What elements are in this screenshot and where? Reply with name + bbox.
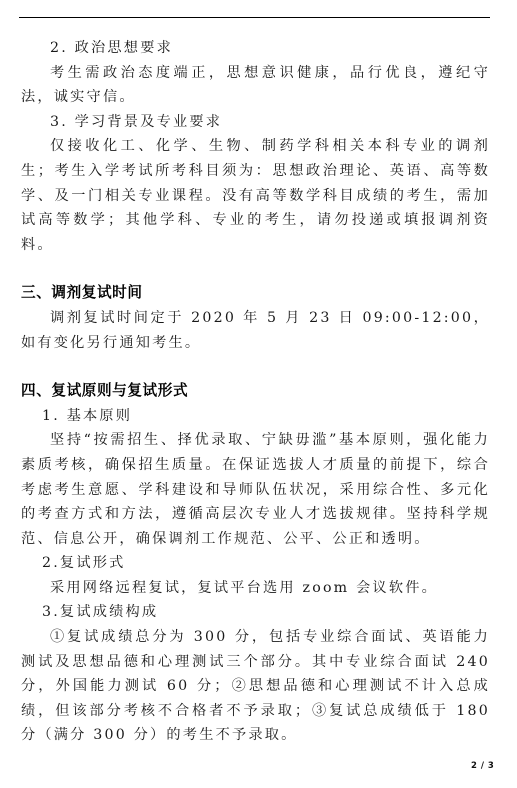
retest-time-body: 调剂复试时间定于 2020 年 5 月 23 日 09:00-12:00，如有变…: [21, 306, 490, 355]
page-number: 2 / 3: [471, 761, 494, 771]
item-basic-principles-body: 坚持“按需招生、择优录取、宁缺毋滥”基本原则，强化能力素质考核，确保招生质量。在…: [21, 428, 490, 551]
item-basic-principles-title: 1. 基本原则: [21, 404, 490, 429]
item-political-title: 2. 政治思想要求: [21, 36, 490, 61]
item-background-body: 仅接收化工、化学、生物、制药学科相关本科专业的调剂生；考生入学考试所考科目须为：…: [21, 134, 490, 257]
section-heading-retest-time: 三、调剂复试时间: [21, 281, 490, 306]
item-political-body: 考生需政治态度端正，思想意识健康，品行优良，遵纪守法，诚实守信。: [21, 61, 490, 110]
item-score-composition-body: ①复试成绩总分为 300 分，包括专业综合面试、英语能力测试及思想品德和心理测试…: [21, 625, 490, 748]
spacer: [21, 257, 490, 281]
item-retest-form-title: 2.复试形式: [21, 551, 490, 576]
item-score-composition-title: 3.复试成绩构成: [21, 600, 490, 625]
section-heading-retest-principles: 四、复试原则与复试形式: [21, 379, 490, 404]
item-retest-form-body: 采用网络远程复试，复试平台选用 zoom 会议软件。: [21, 576, 490, 601]
document-page: 2. 政治思想要求 考生需政治态度端正，思想意识健康，品行优良，遵纪守法，诚实守…: [21, 36, 490, 748]
header-rule: [19, 17, 490, 18]
spacer: [21, 355, 490, 379]
item-background-title: 3. 学习背景及专业要求: [21, 110, 490, 135]
